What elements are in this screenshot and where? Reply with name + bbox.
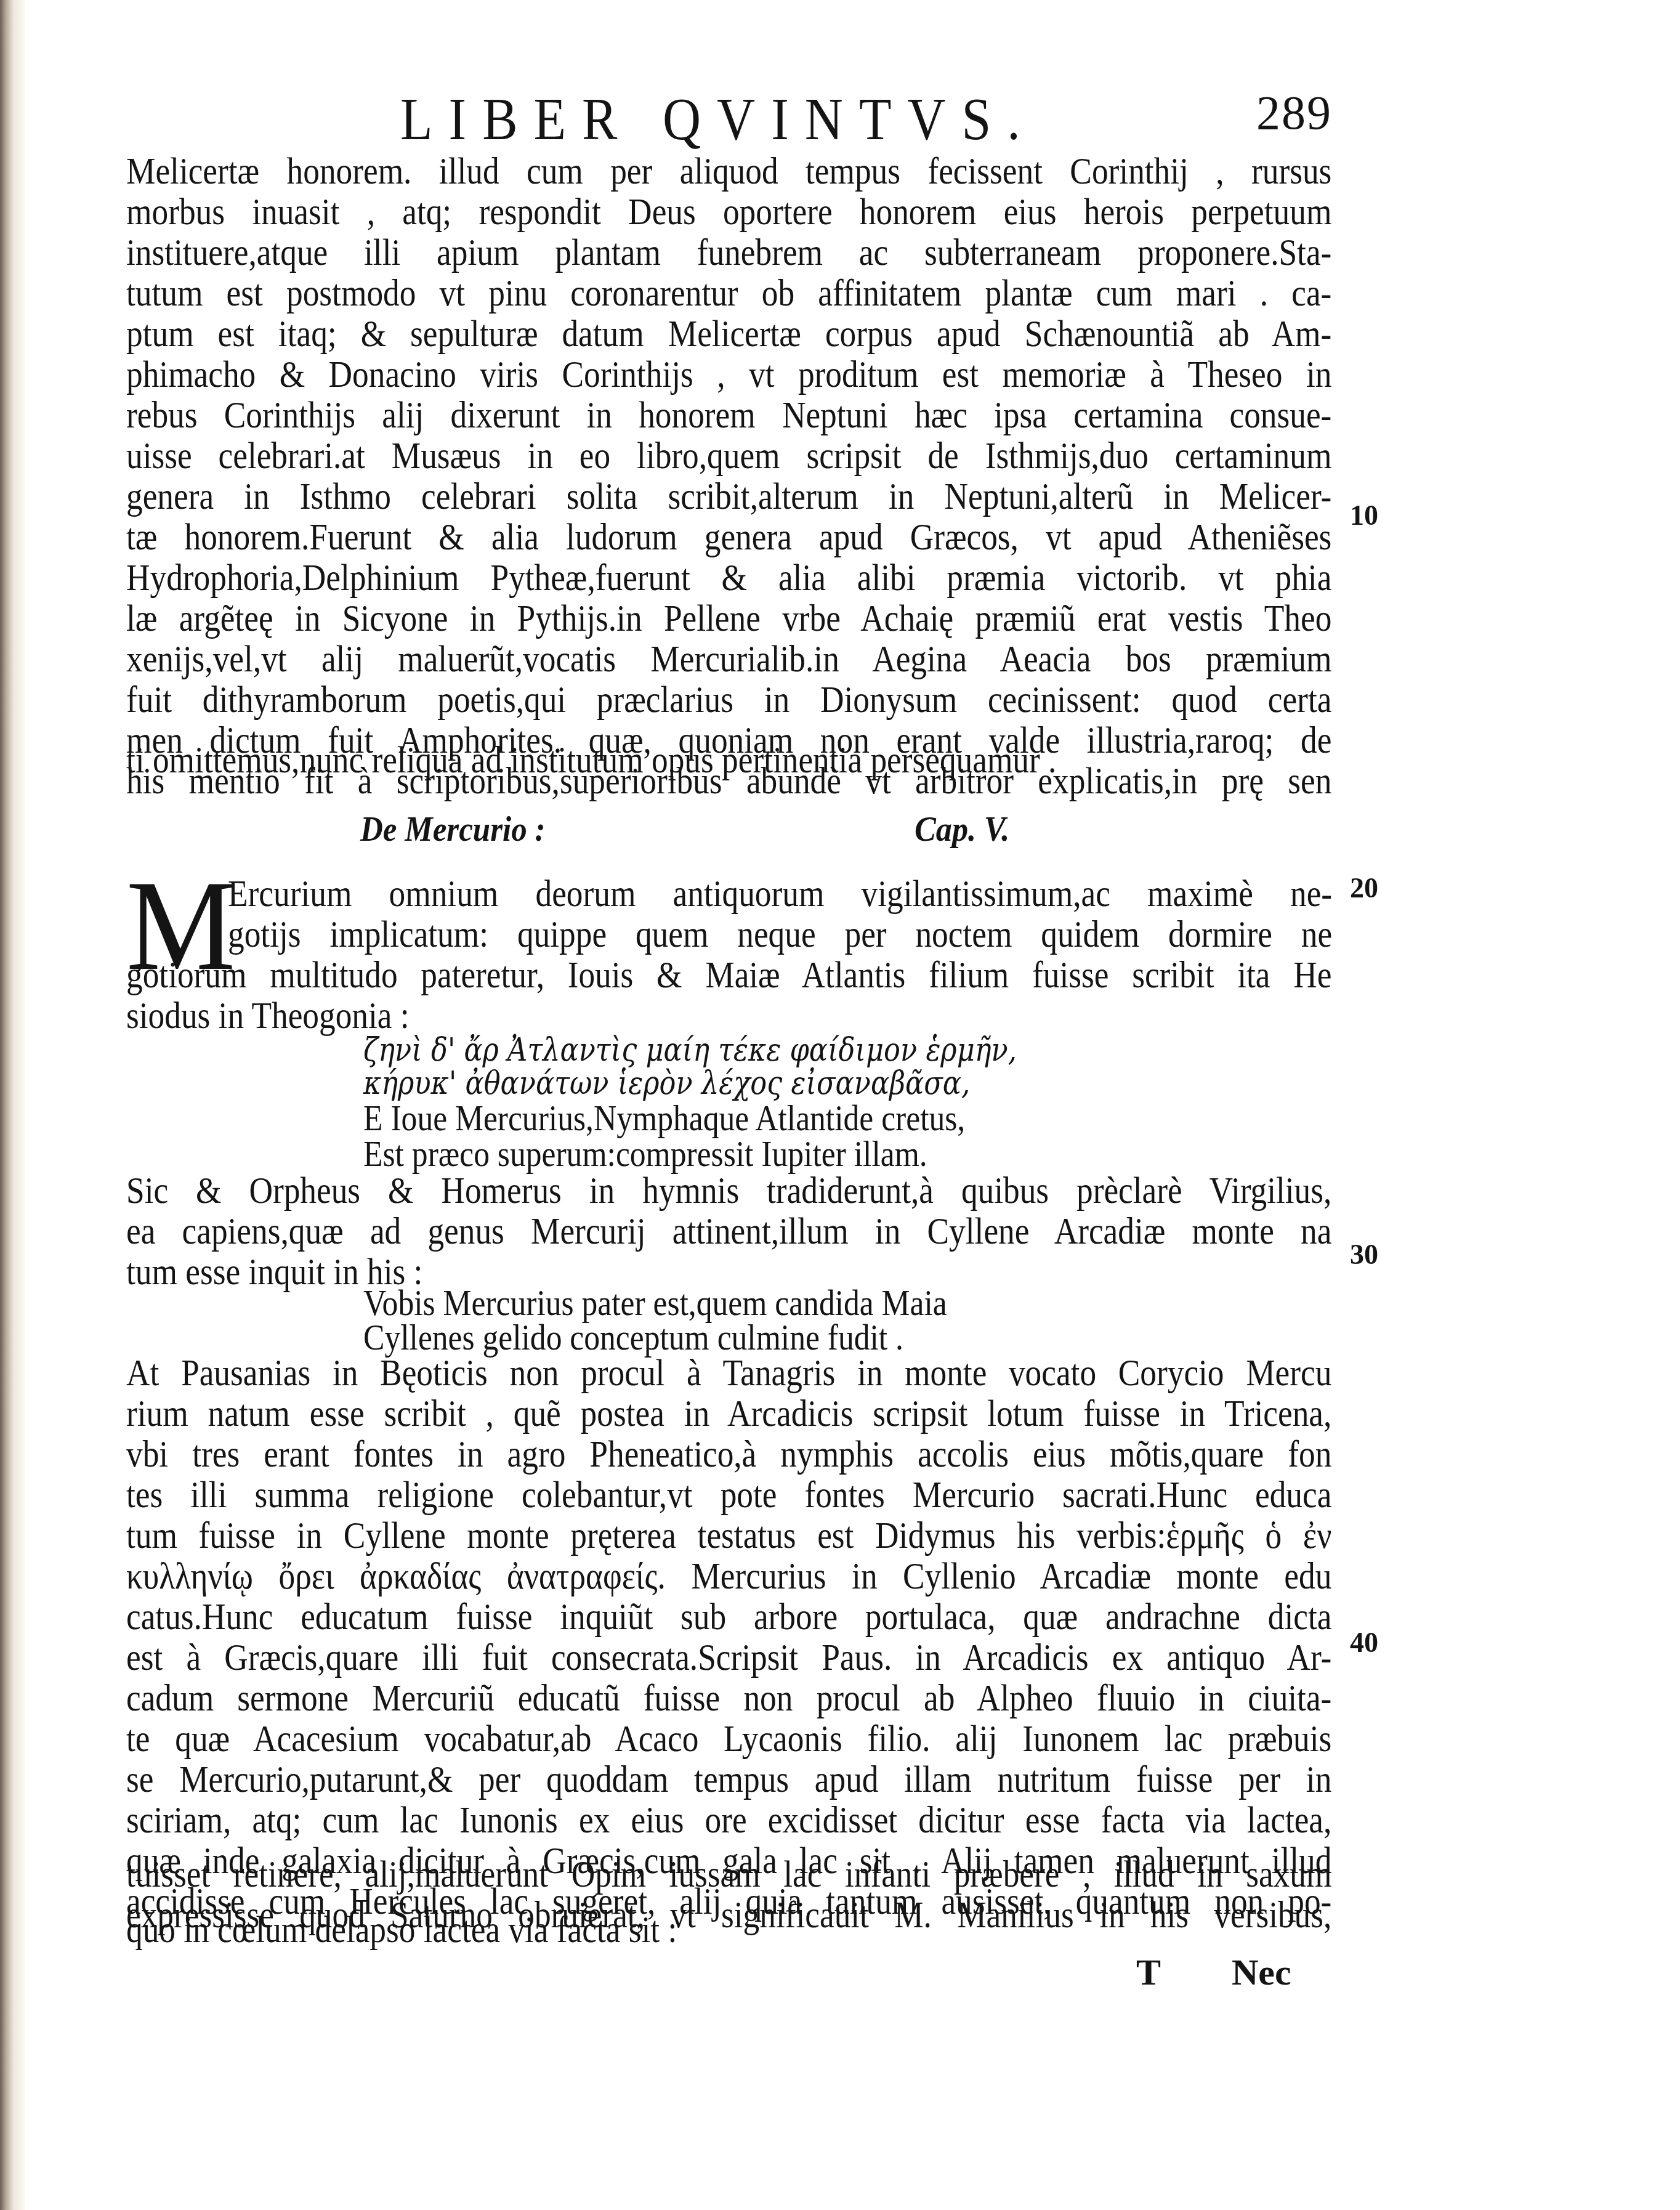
verse-line: Est præco superum:compressit Iupiter ill… (363, 1133, 927, 1174)
text-line: ti omittemus,nunc reliqua ad institutum … (126, 740, 1331, 780)
text-line: te quæ Acacesium vocabatur,ab Acaco Lyca… (126, 1718, 1331, 1759)
text-line: tuisset retinere, alij,maluerunt Opim iu… (126, 1854, 1331, 1895)
text-line: læ argẽteę in Sicyone in Pythijs.in Pell… (126, 598, 1331, 639)
text-line: κυλληνίῳ ὄρει ἀρκαδίας ἀνατραφείς. Mercu… (126, 1556, 1331, 1597)
text-line: gotijs implicatum: quippe quem neque per… (228, 914, 1332, 955)
text-line: tutum est postmodo vt pinu coronarentur … (126, 273, 1331, 314)
text-line: xenijs,vel,vt alij maluerũt,vocatis Merc… (126, 639, 1331, 679)
text-line: est à Græcis,quare illi fuit consecrata.… (126, 1637, 1331, 1678)
text-line: Sic & Orpheus & Homerus in hymnis tradid… (126, 1170, 1331, 1211)
book-page: LIBER QVINTVS. 289 Melicertæ honorem. il… (25, 0, 1680, 2210)
margin-line-number: 10 (1350, 499, 1378, 532)
margin-line-number: 30 (1350, 1238, 1378, 1271)
text-line: ptum est itaq; & sepulturæ datum Melicer… (126, 314, 1331, 354)
verse-line: E Ioue Mercurius,Nymphaque Atlantide cre… (363, 1098, 965, 1138)
text-line: gotiorum multitudo pateretur, Iouis & Ma… (126, 955, 1331, 995)
text-line: tes illi summa religione colebantur,vt p… (126, 1475, 1331, 1515)
chapter-number: Cap. V. (915, 808, 1009, 849)
text-line: Hydrophoria,Delphinium Pytheæ,fuerunt & … (126, 557, 1331, 598)
text-line: tæ honorem.Fuerunt & alia ludorum genera… (126, 517, 1331, 557)
text-line: rebus Corinthijs alij dixerunt in honore… (126, 395, 1331, 435)
running-title: LIBER QVINTVS. (400, 85, 1036, 154)
text-line: instituere,atque illi apium plantam fune… (126, 232, 1331, 273)
text-line: uisse celebrari.at Musæus in eo libro,qu… (126, 435, 1331, 476)
text-line: cadum sermone Mercuriũ educatũ fuisse no… (126, 1678, 1331, 1718)
text-line: fuit dithyramborum poetis,qui præclarius… (126, 679, 1331, 720)
text-line: Ercurium omnium deorum antiquorum vigila… (228, 873, 1332, 914)
text-line: morbus inuasit , atq; respondit Deus opo… (126, 192, 1331, 232)
margin-line-number: 20 (1350, 872, 1378, 904)
text-line: sciriam, atq; cum lac Iunonis ex eius or… (126, 1800, 1331, 1840)
chapter-title: De Mercurio : (360, 808, 546, 849)
text-line: ea capiens,quæ ad genus Mercurij attinen… (126, 1211, 1331, 1252)
text-line: phimacho & Donacino viris Corinthijs , v… (126, 354, 1331, 395)
catchword: Nec (1232, 1951, 1291, 1994)
text-line: At Pausanias in Bęoticis non procul à Ta… (126, 1353, 1331, 1393)
book-binding-edge (0, 0, 25, 2210)
chapter-heading: De Mercurio : Cap. V. (25, 808, 1680, 851)
text-line: se Mercurio,putarunt,& per quoddam tempu… (126, 1759, 1331, 1800)
text-line: quo in cœlum delapso lactea via facta si… (126, 1909, 1331, 1950)
text-line: catus.Hunc educatum fuisse inquiũt sub a… (126, 1597, 1331, 1637)
text-line: rium natum esse scribit , quẽ postea in … (126, 1393, 1331, 1434)
margin-line-number: 40 (1350, 1626, 1378, 1659)
signature-mark: T (1136, 1951, 1161, 1994)
text-line: tum fuisse in Cyllene monte pręterea tes… (126, 1515, 1331, 1556)
running-header: LIBER QVINTVS. 289 (25, 85, 1680, 140)
page-number: 289 (1256, 85, 1332, 140)
text-line: genera in Isthmo celebrari solita scribi… (126, 476, 1331, 517)
text-line: vbi tres erant fontes in agro Pheneatico… (126, 1434, 1331, 1475)
text-line: Melicertæ honorem. illud cum per aliquod… (126, 151, 1331, 192)
